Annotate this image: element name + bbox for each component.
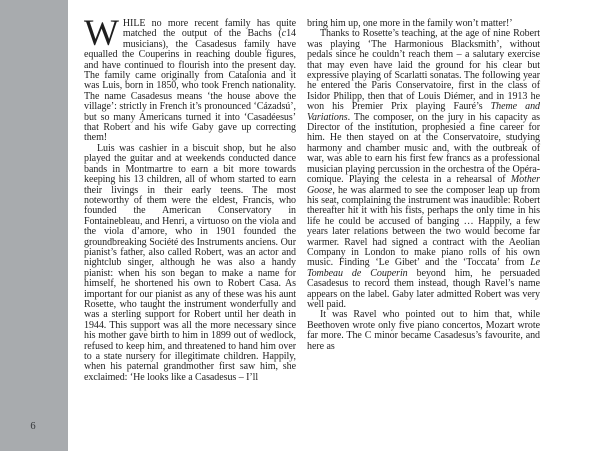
page-number: 6: [26, 421, 40, 432]
text-segment: HILE no more recent family has quite mat…: [123, 18, 296, 39]
text-segment: . The composer, on the jury in his capac…: [307, 112, 540, 185]
page-margin-band: [0, 0, 68, 451]
paragraph: Luis was cashier in a biscuit shop, but …: [84, 144, 296, 383]
text-segment: Thanks to Rosette’s teaching, at the age…: [307, 28, 540, 112]
text-segment: Luis was cashier in a biscuit shop, but …: [84, 143, 296, 383]
left-text-column: WHILE no more recent family has quite ma…: [84, 19, 296, 383]
right-text-column: bring him up, one more in the family won…: [307, 19, 540, 383]
paragraph: It was Ravel who pointed out to him that…: [307, 310, 540, 352]
drop-cap: W: [84, 19, 123, 47]
page-text-area: WHILE no more recent family has quite ma…: [84, 19, 540, 383]
text-segment: , he was alarmed to see the composer lea…: [307, 185, 540, 269]
text-segment: bring him up, one more in the family won…: [307, 18, 513, 29]
paragraph: WHILE no more recent family has quite ma…: [84, 19, 296, 144]
paragraph: Thanks to Rosette’s teaching, at the age…: [307, 29, 540, 310]
text-segment: It was Ravel who pointed out to him that…: [307, 309, 540, 351]
